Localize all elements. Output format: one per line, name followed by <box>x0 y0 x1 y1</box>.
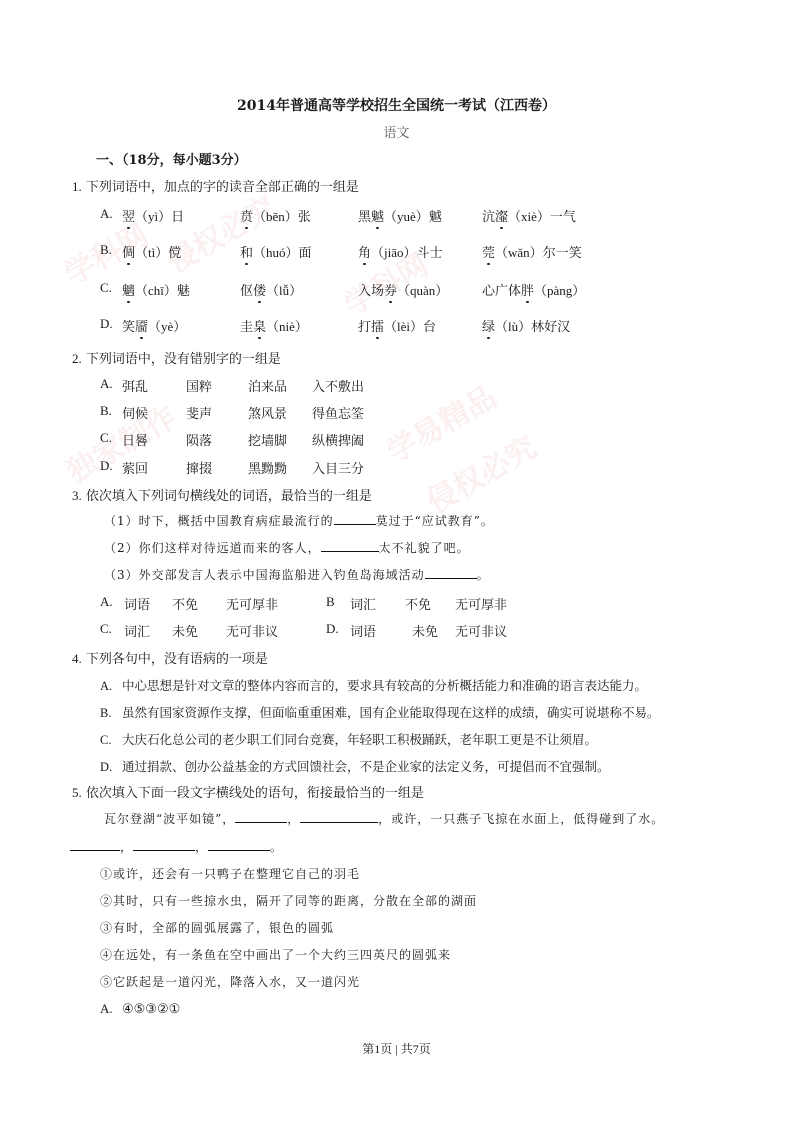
pinyin: （chī） <box>135 283 177 298</box>
option-label[interactable]: C. <box>100 621 112 637</box>
option-word: 弭乱 <box>122 376 148 395</box>
question-text: 下列词语中，加点的字的读音全部正确的一组是 <box>86 180 359 195</box>
question-text: 下列各句中，没有语病的一项是 <box>86 652 268 667</box>
pinyin: （wǎn） <box>495 245 543 260</box>
option-word: 黑魆（yuè）魆 <box>358 206 442 225</box>
option-word: 未免 <box>172 621 198 640</box>
option-word: 萦回 <box>122 458 148 477</box>
question-number: 2. <box>72 351 82 366</box>
option-text: 中心思想是针对文章的整体内容而言的，要求具有较高的分析概括能力和准确的语言表达能… <box>122 678 647 693</box>
pinyin: （niè） <box>266 319 308 334</box>
option-word: 绿（lù）林好汉 <box>482 316 570 335</box>
option-word: 沆瀣（xiè）一气 <box>482 206 576 225</box>
numbered-sentence: ④在远处，有一条鱼在空中画出了一个大约三四英尺的圆弧来 <box>100 946 451 963</box>
emphasis-dot-char: 绿 <box>482 316 495 335</box>
option-word: 词汇 <box>124 621 150 640</box>
option-word: 倜（tì）傥 <box>122 242 181 261</box>
emphasis-dot-char: 倜 <box>122 242 135 261</box>
option-word: 无可非议 <box>455 621 507 640</box>
option-word: 词语 <box>124 594 150 613</box>
exam-page: 学科网 侵权必究 学科网 独家制作 学易精品 侵权必究 2014年普通高等学校招… <box>0 0 793 1122</box>
numbered-sentence: ⑤它跃起是一道闪光，降落入水，又一道闪光 <box>100 973 360 990</box>
page-indicator: 第1页 | 共7页 <box>0 1040 793 1057</box>
watermark: 独家制作 <box>57 393 183 491</box>
option-text: 大庆石化总公司的老少职工们同台竞赛，年轻职工积极踊跃，老年职工更是不让须眉。 <box>122 732 597 747</box>
question-number: 5. <box>72 785 82 800</box>
emphasis-dot-char: 贲 <box>240 206 253 225</box>
pinyin: （yè） <box>148 319 186 334</box>
pinyin: （pàng） <box>534 283 585 298</box>
option-word: 莞（wǎn）尔一笑 <box>482 242 582 261</box>
emphasis-dot-char: 臬 <box>253 316 266 335</box>
emphasis-dot-char: 靥 <box>135 316 148 335</box>
option-word: 斐声 <box>186 403 212 422</box>
exam-subject: 语文 <box>0 122 793 141</box>
option-word: 魑（chī）魅 <box>122 280 190 299</box>
option-text: 通过捐款、创办公益基金的方式回馈社会，不是企业家的法定义务，可提倡而不宜强制。 <box>122 759 610 774</box>
fill-blank <box>321 539 379 552</box>
option-row[interactable]: D.通过捐款、创办公益基金的方式回馈社会，不是企业家的法定义务，可提倡而不宜强制… <box>100 757 610 775</box>
option-label[interactable]: A. <box>100 376 113 392</box>
option-label[interactable]: C. <box>100 280 112 296</box>
option-word: 无可厚非 <box>226 594 278 613</box>
option-word: 词汇 <box>350 594 376 613</box>
question-text: 下列词语中，没有错别字的一组是 <box>86 352 281 367</box>
option-label[interactable]: B. <box>100 242 112 258</box>
emphasis-dot-char: 券 <box>384 280 397 299</box>
option-text: 虽然有国家资源作支撑，但面临重重困难，国有企业能取得现在这样的成绩，确实可说堪称… <box>122 705 660 720</box>
emphasis-dot-char: 偻 <box>253 280 266 299</box>
numbered-sentence: ①或许，还会有一只鸭子在整理它自己的羽毛 <box>100 865 360 882</box>
pinyin: （jiāo） <box>371 245 417 260</box>
q5-option-a[interactable]: A.④⑤③②① <box>100 1001 180 1017</box>
emphasis-dot-char: 翌 <box>122 206 135 225</box>
option-row[interactable]: B.虽然有国家资源作支撑，但面临重重困难，国有企业能取得现在这样的成绩，确实可说… <box>100 703 660 721</box>
option-row[interactable]: C.大庆石化总公司的老少职工们同台竞赛，年轻职工积极踊跃，老年职工更是不让须眉。 <box>100 730 597 748</box>
numbered-sentence: ②其时，只有一些掠水虫，隔开了同等的距离，分散在全部的湖面 <box>100 892 477 909</box>
option-word: 和（huó）面 <box>240 242 312 261</box>
emphasis-dot-char: 擂 <box>371 316 384 335</box>
section-heading: 一、（18分，每小题3分） <box>96 149 247 168</box>
option-label: A. <box>100 679 122 694</box>
fill-blank <box>425 566 477 579</box>
option-word: 伛偻（lǚ） <box>240 280 302 299</box>
fill-blank <box>300 810 378 823</box>
option-label[interactable]: B <box>326 594 335 610</box>
option-row[interactable]: A.中心思想是针对文章的整体内容而言的，要求具有较高的分析概括能力和准确的语言表… <box>100 676 647 694</box>
emphasis-dot-char: 魑 <box>122 280 135 299</box>
emphasis-dot-char: 胖 <box>521 280 534 299</box>
option-label[interactable]: A. <box>100 206 113 222</box>
emphasis-dot-char: 莞 <box>482 242 495 261</box>
question-number: 4. <box>72 651 82 666</box>
option-label[interactable]: B. <box>100 403 112 419</box>
option-word: 泊来品 <box>248 376 287 395</box>
q5-passage-line-1: 瓦尔登湖“波平如镜”，，，或许，一只燕子飞掠在水面上，低得碰到了水。 <box>104 810 664 827</box>
option-label[interactable]: C. <box>100 430 112 446</box>
pinyin: （quàn） <box>397 283 448 298</box>
watermark: 侵权必究 <box>157 183 283 281</box>
emphasis-dot-char: 和 <box>240 242 253 261</box>
fill-blank <box>334 512 376 525</box>
option-word: 不免 <box>172 594 198 613</box>
option-word: 黑黝黝 <box>248 458 287 477</box>
option-word: 无可非议 <box>226 621 278 640</box>
question-5-stem: 5. 依次填入下面一段文字横线处的语句，衔接最恰当的一组是 <box>72 782 424 801</box>
option-label[interactable]: D. <box>100 458 113 474</box>
numbered-sentence: ③有时，全部的圆弧展露了，银色的圆弧 <box>100 919 334 936</box>
fill-blank <box>235 810 287 823</box>
option-label: C. <box>100 733 122 748</box>
option-word: 词语 <box>350 621 376 640</box>
pinyin: （yì） <box>135 209 171 224</box>
option-word: 得鱼忘筌 <box>312 403 364 422</box>
question-1-stem: 1. 下列词语中，加点的字的读音全部正确的一组是 <box>72 176 359 195</box>
option-label[interactable]: D. <box>326 621 339 637</box>
fill-blank <box>208 838 270 851</box>
option-word: 翌（yì）日 <box>122 206 184 225</box>
option-word: 无可厚非 <box>455 594 507 613</box>
option-label[interactable]: A. <box>100 594 113 610</box>
fill-blank <box>70 838 120 851</box>
pinyin: （lèi） <box>384 319 423 334</box>
option-word: 未免 <box>412 621 438 640</box>
option-word: 纵横捭阖 <box>312 430 364 449</box>
exam-title: 2014年普通高等学校招生全国统一考试（江西卷） <box>0 95 793 115</box>
pinyin: （lù） <box>495 319 531 334</box>
option-word: 笑靥（yè） <box>122 316 186 335</box>
fill-blank <box>133 838 195 851</box>
option-label: D. <box>100 760 122 775</box>
option-word: 不免 <box>405 594 431 613</box>
pinyin: （tì） <box>135 245 168 260</box>
option-word: 打擂（lèi）台 <box>358 316 436 335</box>
option-word: 煞风景 <box>248 403 287 422</box>
option-word: 心广体胖（pàng） <box>482 280 585 299</box>
question-number: 1. <box>72 179 82 194</box>
question-3-stem: 3. 依次填入下列词句横线处的词语，最恰当的一组是 <box>72 485 372 504</box>
option-word: 日晷 <box>122 430 148 449</box>
pinyin: （bēn） <box>253 209 298 224</box>
emphasis-dot-char: 魆 <box>371 206 384 225</box>
question-number: 3. <box>72 488 82 503</box>
option-label: B. <box>100 706 122 721</box>
question-2-stem: 2. 下列词语中，没有错别字的一组是 <box>72 348 281 367</box>
pinyin: （yuè） <box>384 209 429 224</box>
emphasis-dot-char: 瀣 <box>495 206 508 225</box>
pinyin: （xiè） <box>508 209 550 224</box>
option-word: 撺掇 <box>186 458 212 477</box>
pinyin: （lǚ） <box>266 283 302 298</box>
option-word: 入场券（quàn） <box>358 280 448 299</box>
watermark: 学易精品 <box>377 373 503 471</box>
q5-passage-line-2: ，，。 <box>70 838 283 855</box>
option-word: 贲（bēn）张 <box>240 206 311 225</box>
option-word: 入不敷出 <box>312 376 364 395</box>
option-word: 角（jiāo）斗士 <box>358 242 443 261</box>
option-word: 入目三分 <box>312 458 364 477</box>
option-word: 伺候 <box>122 403 148 422</box>
watermark: 侵权必究 <box>417 423 543 521</box>
option-label[interactable]: D. <box>100 316 113 332</box>
option-word: 国粹 <box>186 376 212 395</box>
pinyin: （huó） <box>253 245 299 260</box>
option-word: 陨落 <box>186 430 212 449</box>
q3-sentence-2: （2）你们这样对待远道而来的客人，太不礼貌了吧。 <box>104 539 470 556</box>
question-text: 依次填入下面一段文字横线处的语句，衔接最恰当的一组是 <box>86 786 424 801</box>
option-word: 圭臬（niè） <box>240 316 308 335</box>
option-word: 挖墙脚 <box>248 430 287 449</box>
emphasis-dot-char: 角 <box>358 242 371 261</box>
question-4-stem: 4. 下列各句中，没有语病的一项是 <box>72 648 268 667</box>
q3-sentence-1: （1）时下，概括中国教育病症最流行的莫过于“应试教育”。 <box>104 512 494 529</box>
q3-sentence-3: （3）外交部发言人表示中国海监船进入钓鱼岛海域活动。 <box>104 566 490 583</box>
question-text: 依次填入下列词句横线处的词语，最恰当的一组是 <box>86 489 372 504</box>
